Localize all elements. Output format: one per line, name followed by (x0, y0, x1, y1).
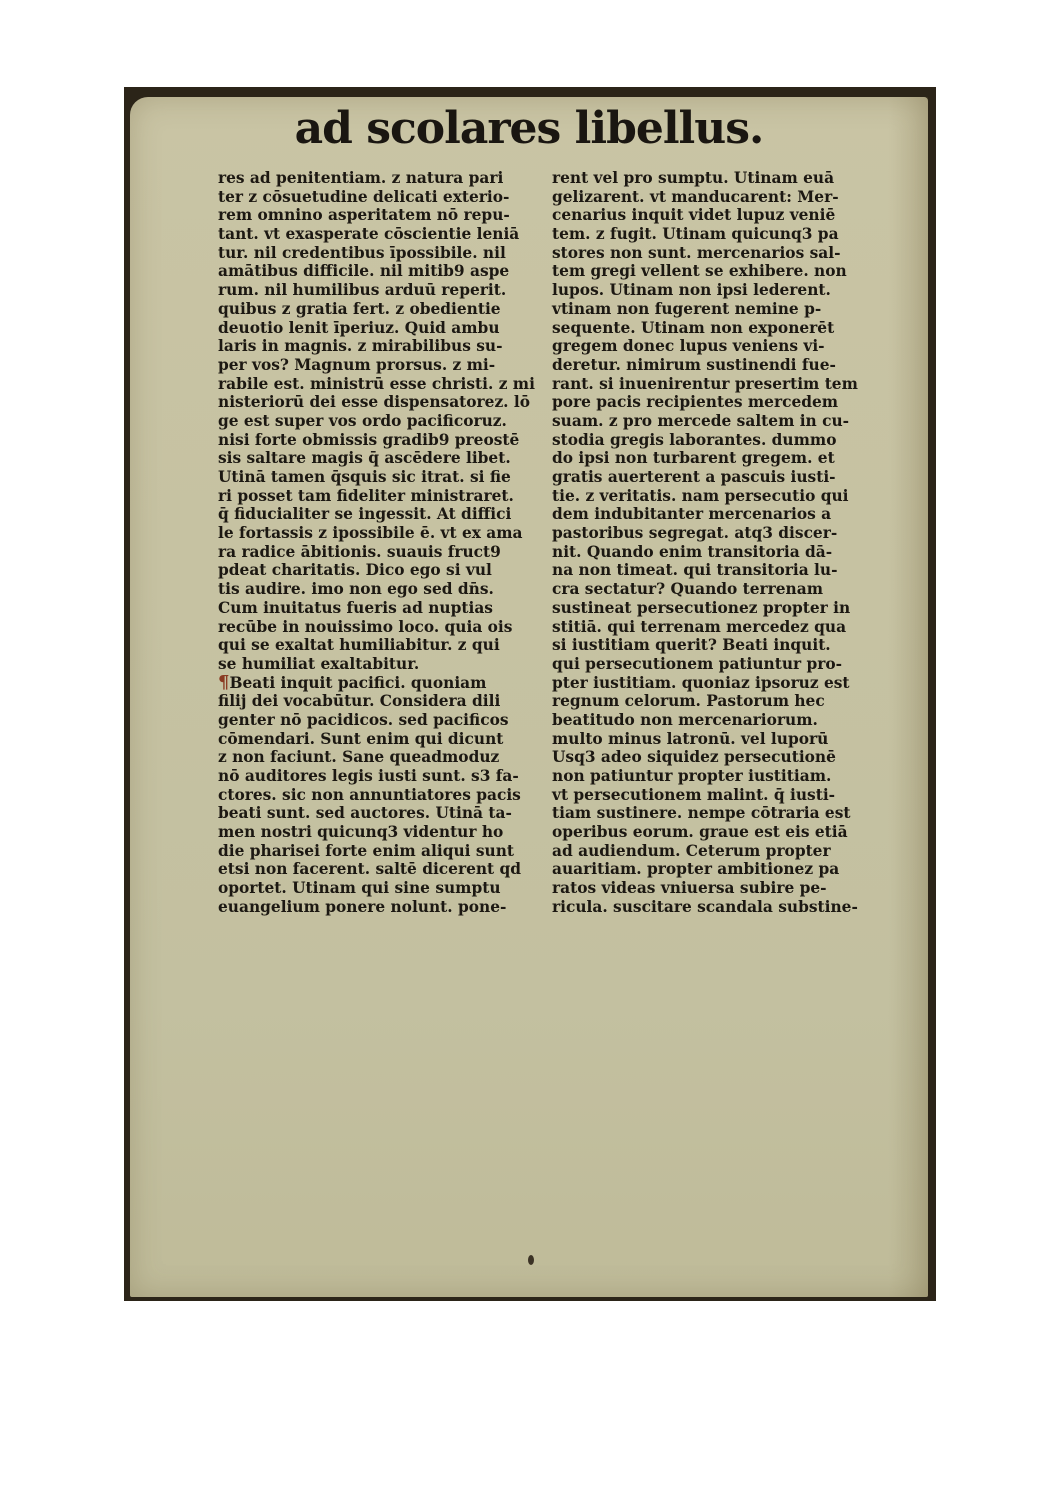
scanned-page-image: ad scolares libellus. res ad penitentiam… (124, 87, 936, 1301)
text-line: gregem donec lupus veniens vi- (552, 337, 888, 356)
text-line: gelizarent. vt manducarent: Mer- (552, 188, 888, 207)
text-line: rabile est. ministrū esse christi. z mi (218, 375, 554, 394)
text-line: se humiliat exaltabitur. (218, 655, 554, 674)
text-line: stodia gregis laborantes. dummo (552, 431, 888, 450)
text-line: euangelium ponere nolunt. pone- (218, 898, 554, 917)
page-bottom-edge (124, 1297, 936, 1301)
text-line: lupos. Utinam non ipsi lederent. (552, 281, 888, 300)
text-line: recūbe in nouissimo loco. quia ois (218, 618, 554, 637)
text-line: res ad penitentiam. z natura pari (218, 169, 554, 188)
text-line: beatitudo non mercenariorum. (552, 711, 888, 730)
text-line: ad audiendum. Ceterum propter (552, 842, 888, 861)
text-line: ri posset tam fideliter ministraret. (218, 487, 554, 506)
text-line: quibus z gratia fert. z obedientie (218, 300, 554, 319)
text-line: tis audire. imo non ego sed dn̄s. (218, 580, 554, 599)
text-line: cra sectatur? Quando terrenam (552, 580, 888, 599)
text-line: tie. z veritatis. nam persecutio qui (552, 487, 888, 506)
text-line: tiam sustinere. nempe cōtraria est (552, 804, 888, 823)
text-line: regnum celorum. Pastorum hec (552, 692, 888, 711)
text-line: genter nō pacidicos. sed pacificos (218, 711, 554, 730)
text-line: deuotio lenit īperiuz. Quid ambu (218, 319, 554, 338)
text-column-right: rent vel pro sumptu. Utinam euāgelizaren… (552, 169, 888, 917)
text-line: vtinam non fugerent nemine p- (552, 300, 888, 319)
text-line: ratos videas vniuersa subire pe- (552, 879, 888, 898)
text-line: z non faciunt. Sane queadmoduz (218, 748, 554, 767)
text-line: sis saltare magis q̄ ascēdere libet. (218, 449, 554, 468)
text-line: laris in magnis. z mirabilibus su- (218, 337, 554, 356)
text-line: auaritiam. propter ambitionez pa (552, 860, 888, 879)
text-line: deretur. nimirum sustinendi fue- (552, 356, 888, 375)
text-line: gratis auerterent a pascuis iusti- (552, 468, 888, 487)
running-head: ad scolares libellus. (130, 103, 928, 154)
text-line: rent vel pro sumptu. Utinam euā (552, 169, 888, 188)
text-line: pter iustitiam. quoniaz ipsoruz est (552, 674, 888, 693)
text-line: Cum inuitatus fueris ad nuptias (218, 599, 554, 618)
text-line: pdeat charitatis. Dico ego si vul (218, 561, 554, 580)
text-line: ra radice ābitionis. suauis fruct9 (218, 543, 554, 562)
text-line: sequente. Utinam non exponerēt (552, 319, 888, 338)
text-line: ter z cōsuetudine delicati exterio- (218, 188, 554, 207)
text-line: qui persecutionem patiuntur pro- (552, 655, 888, 674)
text-line: na non timeat. qui transitoria lu- (552, 561, 888, 580)
text-line: le fortassis z ipossibile ē. vt ex ama (218, 524, 554, 543)
text-line: suam. z pro mercede saltem in cu- (552, 412, 888, 431)
text-line: beati sunt. sed auctores. Utinā ta- (218, 804, 554, 823)
text-line: amātibus difficile. nil mitib9 aspe (218, 262, 554, 281)
text-line: tur. nil credentibus īpossibile. nil (218, 244, 554, 263)
text-line: vt persecutionem malint. q̄ iusti- (552, 786, 888, 805)
text-line: operibus eorum. graue est eis etiā (552, 823, 888, 842)
text-line: do ipsi non turbarent gregem. et (552, 449, 888, 468)
text-line: dem indubitanter mercenarios a (552, 505, 888, 524)
text-line: q̄ fiducialiter se ingessit. At diffici (218, 505, 554, 524)
text-line: men nostri quicunq3 videntur ho (218, 823, 554, 842)
text-line: sustineat persecutionez propter in (552, 599, 888, 618)
text-line: nisteriorū dei esse dispensatorez. lō (218, 393, 554, 412)
text-line: qui se exaltat humiliabitur. z qui (218, 636, 554, 655)
text-line: nō auditores legis iusti sunt. s3 fa- (218, 767, 554, 786)
text-line: nit. Quando enim transitoria dā- (552, 543, 888, 562)
text-line: non patiuntur propter iustitiam. (552, 767, 888, 786)
text-line: rant. si inuenirentur presertim tem (552, 375, 888, 394)
text-line: cōmendari. Sunt enim qui dicunt (218, 730, 554, 749)
text-line: Utinā tamen q̄squis sic itrat. si fie (218, 468, 554, 487)
text-line: Usq3 adeo siquidez persecutionē (552, 748, 888, 767)
text-line: rem omnino asperitatem nō repu- (218, 206, 554, 225)
text-line: etsi non facerent. saltē dicerent qd (218, 860, 554, 879)
text-line: ¶Beati inquit pacifici. quoniam (218, 674, 554, 693)
ink-spot-mark (528, 1255, 534, 1265)
text-line: pastoribus segregat. atq3 discer- (552, 524, 888, 543)
text-line: oportet. Utinam qui sine sumptu (218, 879, 554, 898)
text-line: pore pacis recipientes mercedem (552, 393, 888, 412)
paper-leaf: ad scolares libellus. res ad penitentiam… (130, 97, 928, 1297)
text-line: tem gregi vellent se exhibere. non (552, 262, 888, 281)
text-line: filij dei vocabūtur. Considera dili (218, 692, 554, 711)
text-line: si iustitiam querit? Beati inquit. (552, 636, 888, 655)
text-line: stitiā. qui terrenam mercedez qua (552, 618, 888, 637)
text-line: rum. nil humilibus arduū reperit. (218, 281, 554, 300)
text-line: ge est super vos ordo pacificoruz. (218, 412, 554, 431)
text-line: ricula. suscitare scandala substine- (552, 898, 888, 917)
text-column-left: res ad penitentiam. z natura pariter z c… (218, 169, 554, 917)
text-line: per vos? Magnum prorsus. z mi- (218, 356, 554, 375)
rubric-paragraph-mark: ¶ (218, 672, 229, 693)
text-line: die pharisei forte enim aliqui sunt (218, 842, 554, 861)
text-line: nisi forte obmissis gradib9 preostē (218, 431, 554, 450)
text-line: multo minus latronū. vel luporū (552, 730, 888, 749)
text-line: cenarius inquit videt lupuz veniē (552, 206, 888, 225)
text-line: stores non sunt. mercenarios sal- (552, 244, 888, 263)
text-line: tant. vt exasperate cōscientie leniā (218, 225, 554, 244)
text-line: ctores. sic non annuntiatores pacis (218, 786, 554, 805)
text-line: tem. z fugit. Utinam quicunq3 pa (552, 225, 888, 244)
